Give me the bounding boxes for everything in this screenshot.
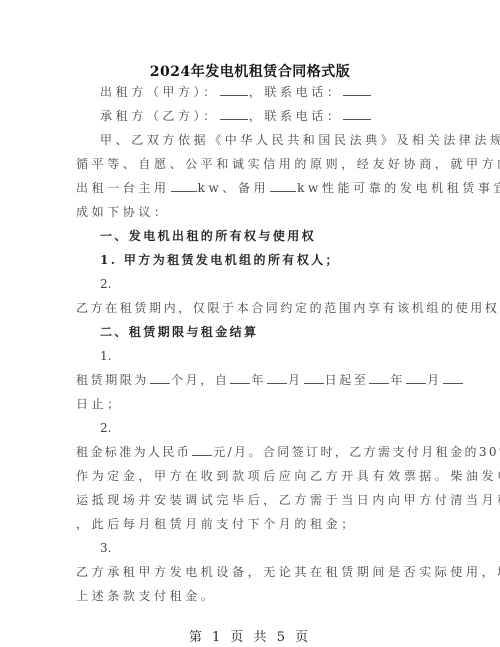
lessee-name-blank bbox=[220, 108, 248, 120]
rent-line-2: 作为定金，甲方在收到款项后应向乙方开具有效票据。柴油发电机组 bbox=[76, 468, 420, 484]
start-year-blank bbox=[230, 372, 250, 384]
lease-text: 月 bbox=[427, 373, 442, 387]
lease-text: 年 bbox=[390, 373, 405, 387]
lessor-phone-label: ，联系电话： bbox=[249, 85, 343, 99]
lessor-line: 出租方（甲方）：，联系电话： bbox=[100, 84, 420, 100]
lessor-phone-blank bbox=[343, 84, 371, 96]
lease-term-line: 租赁期限为个月，自年月日起至年月 bbox=[76, 372, 420, 388]
intro-text: 出租一台主用 bbox=[76, 181, 170, 195]
intro-line-2: 循平等、自愿、公平和诚实信用的原则，经友好协商，就甲方向乙方 bbox=[76, 156, 420, 172]
start-month-blank bbox=[267, 372, 287, 384]
main-power-blank bbox=[171, 180, 197, 192]
section-2-item-1-number: 1. bbox=[100, 348, 420, 364]
document-page: 2024年发电机租赁合同格式版 出租方（甲方）：，联系电话： 承租方（乙方）：，… bbox=[0, 0, 500, 647]
end-month-blank bbox=[406, 372, 426, 384]
start-day-blank bbox=[304, 372, 324, 384]
rent-line-4: ，此后每月租赁月前支付下个月的租金； bbox=[76, 516, 420, 532]
rent-text: 租金标准为人民币 bbox=[76, 445, 191, 459]
page-number: 第 1 页 共 5 页 bbox=[0, 626, 500, 645]
lease-text: 年 bbox=[251, 373, 266, 387]
intro-line-1: 甲、乙双方依据《中华人民共和国民法典》及相关法律法规，遵 bbox=[100, 132, 420, 148]
section-2-heading: 二、租赁期限与租金结算 bbox=[100, 324, 420, 340]
rent-amount-blank bbox=[192, 444, 212, 456]
section-1-heading: 一、发电机出租的所有权与使用权 bbox=[100, 228, 420, 244]
intro-text: kw、备用 bbox=[198, 181, 270, 195]
lessee-label: 承租方（乙方）： bbox=[100, 109, 219, 123]
end-day-blank bbox=[443, 372, 463, 384]
document-title: 2024年发电机租赁合同格式版 bbox=[0, 61, 500, 81]
section-2-item-2-number: 2. bbox=[100, 420, 420, 436]
section-2-item-3-number: 3. bbox=[100, 540, 420, 556]
lessee-phone-blank bbox=[343, 108, 371, 120]
section-1-item-2-text: 乙方在租赁期内，仅限于本合同约定的范围内享有该机组的使用权。 bbox=[76, 300, 420, 316]
lease-text: 日起至 bbox=[325, 373, 369, 387]
lease-term-end: 日止； bbox=[76, 396, 420, 412]
lessee-line: 承租方（乙方）：，联系电话： bbox=[100, 108, 420, 124]
lessor-label: 出租方（甲方）： bbox=[100, 85, 219, 99]
intro-line-4: 成如下协议： bbox=[76, 204, 420, 220]
lease-text: 个月，自 bbox=[171, 373, 229, 387]
intro-line-3: 出租一台主用kw、备用kw性能可靠的发电机租赁事宜，达 bbox=[76, 180, 420, 196]
end-year-blank bbox=[369, 372, 389, 384]
rent-line-3: 运抵现场并安装调试完毕后，乙方需于当日内向甲方付清当月租赁款 bbox=[76, 492, 420, 508]
lessor-name-blank bbox=[220, 84, 248, 96]
rent-text: 元/月。合同签订时，乙方需支付月租金的30% bbox=[213, 445, 500, 459]
section-1-item-2-number: 2. bbox=[100, 276, 420, 292]
section-1-item-1: 1. 甲方为租赁发电机组的所有权人； bbox=[100, 252, 420, 268]
payment-line-1: 乙方承租甲方发电机设备，无论其在租赁期间是否实际使用，均应按 bbox=[76, 564, 420, 580]
backup-power-blank bbox=[270, 180, 296, 192]
rent-line-1: 租金标准为人民币元/月。合同签订时，乙方需支付月租金的30% bbox=[76, 444, 420, 460]
lessee-phone-label: ，联系电话： bbox=[249, 109, 343, 123]
payment-line-2: 上述条款支付租金。 bbox=[76, 588, 420, 604]
intro-text: kw性能可靠的发电机租赁事宜，达 bbox=[297, 181, 500, 195]
lease-text: 租赁期限为 bbox=[76, 373, 149, 387]
months-blank bbox=[150, 372, 170, 384]
lease-text: 月 bbox=[288, 373, 303, 387]
